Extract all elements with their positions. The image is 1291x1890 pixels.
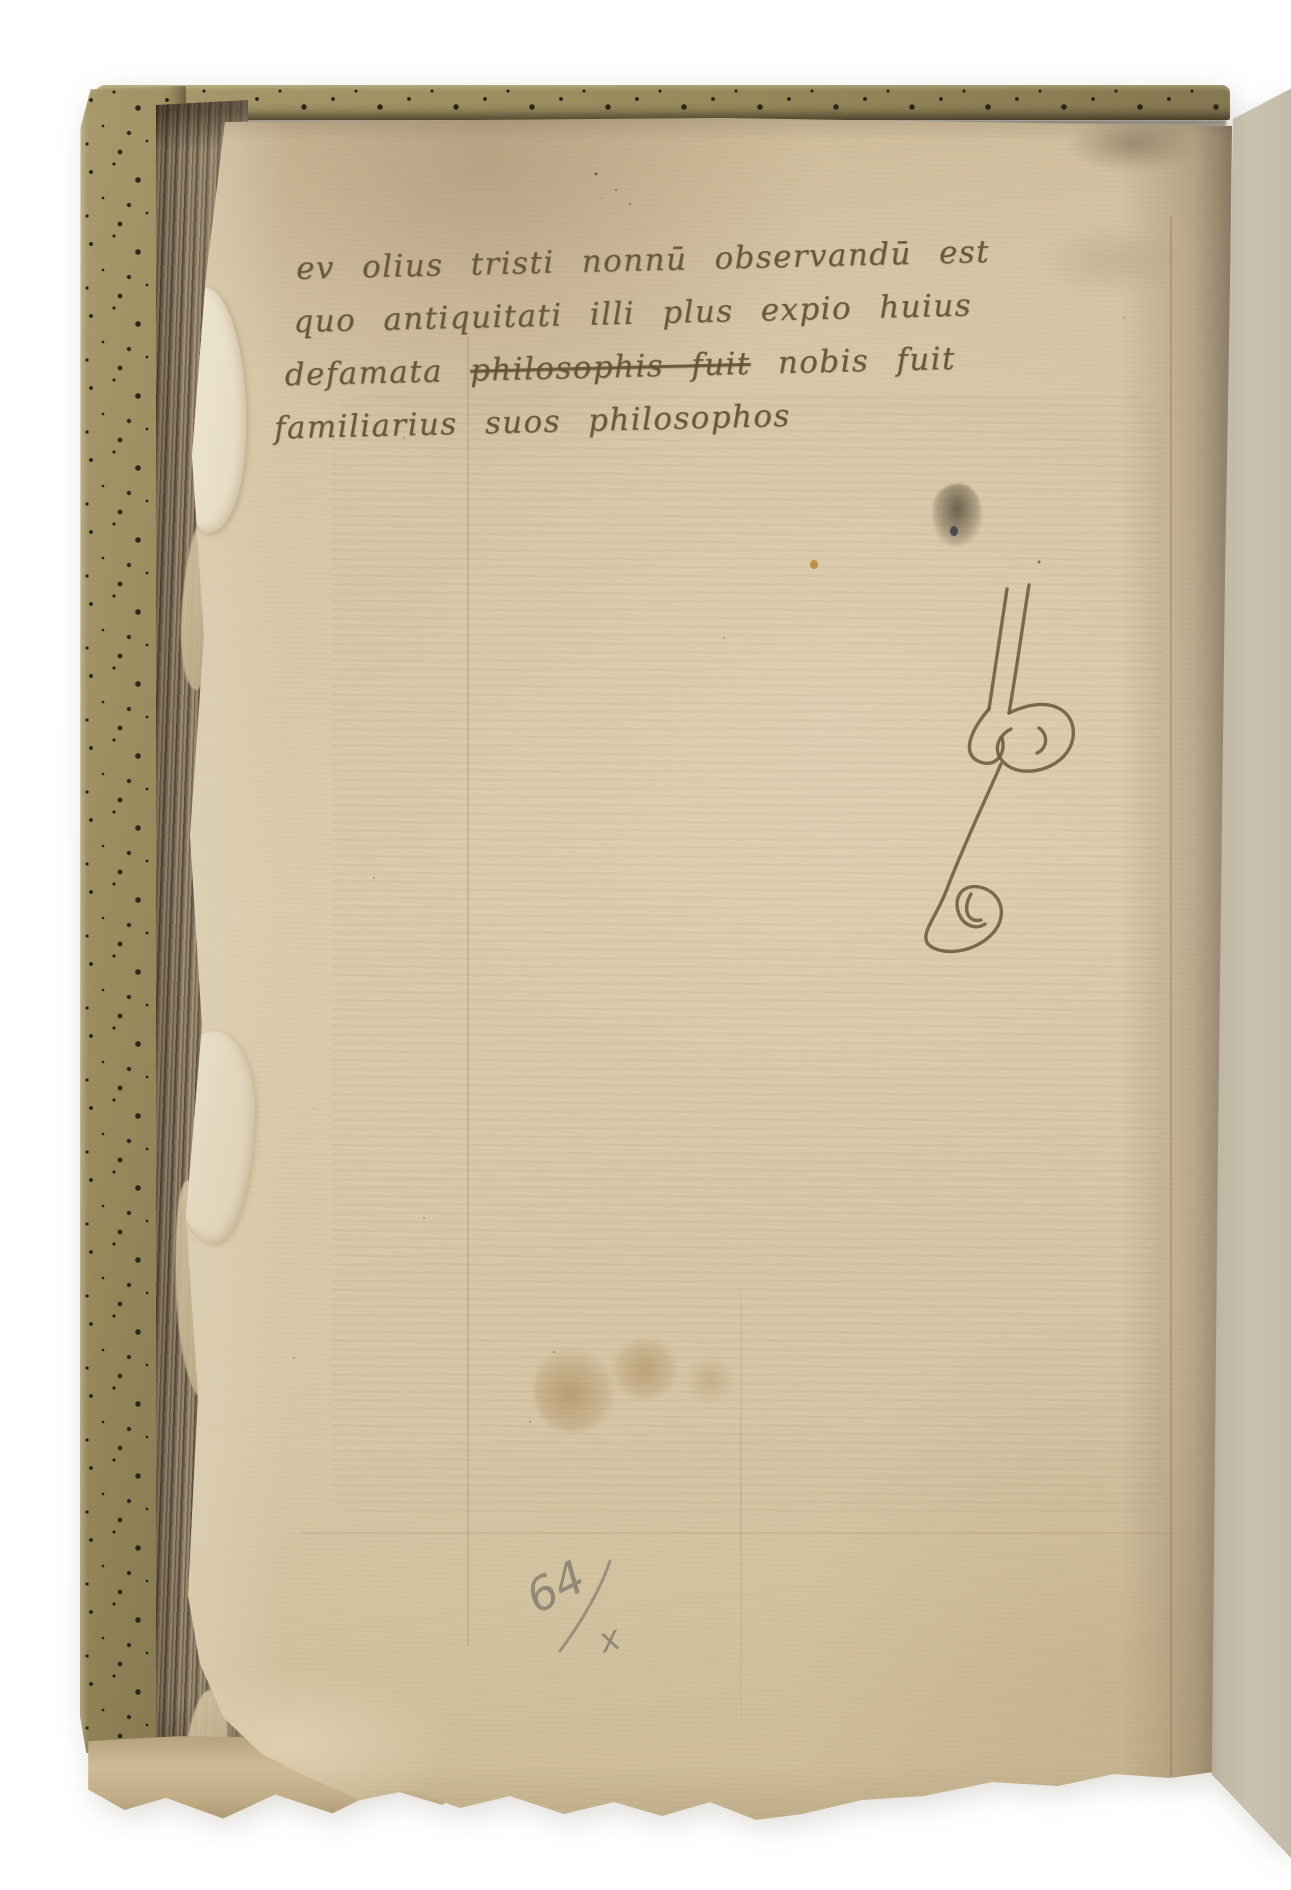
ruled-margin-line-right [1170, 216, 1172, 1776]
paper-crease [740, 1196, 742, 1796]
doodle-stroke [1009, 585, 1029, 713]
ink-stain [534, 1348, 614, 1432]
ruled-line-bottom [302, 1532, 1172, 1534]
doodle-loop [1037, 728, 1046, 753]
open-book-photo: ev olius tristi nonnū observandū est quo… [0, 0, 1291, 1890]
pen-flourish-doodle [912, 581, 1082, 961]
pencil-numerals: 64 [517, 1549, 594, 1624]
ruled-margin-line-left [467, 336, 469, 1646]
pencil-letter: x [593, 1617, 626, 1662]
book-cover-top-edge [94, 85, 1230, 120]
pencil-shelfmark: 64 x [512, 1546, 652, 1676]
manuscript-page: ev olius tristi nonnū observandū est quo… [162, 96, 1237, 1830]
handwritten-annotation: ev olius tristi nonnū observandū est quo… [290, 225, 1035, 455]
doodle-loop [997, 704, 1073, 771]
doodle-stroke [989, 589, 1007, 709]
annotation-line-3-correction: nobis fuit [750, 341, 956, 382]
ink-dot [950, 526, 958, 536]
ink-stain [612, 1340, 678, 1398]
doodle-tail [926, 764, 1002, 952]
doodle-loop [967, 894, 981, 920]
ink-stain [686, 1358, 734, 1402]
annotation-struck-text: philosophis fuit [470, 346, 751, 389]
ink-smudge [932, 484, 982, 546]
annotation-line-3-text: defamata [284, 353, 470, 394]
orange-speck [810, 560, 818, 569]
faint-showthrough-smudge [1042, 224, 1182, 296]
